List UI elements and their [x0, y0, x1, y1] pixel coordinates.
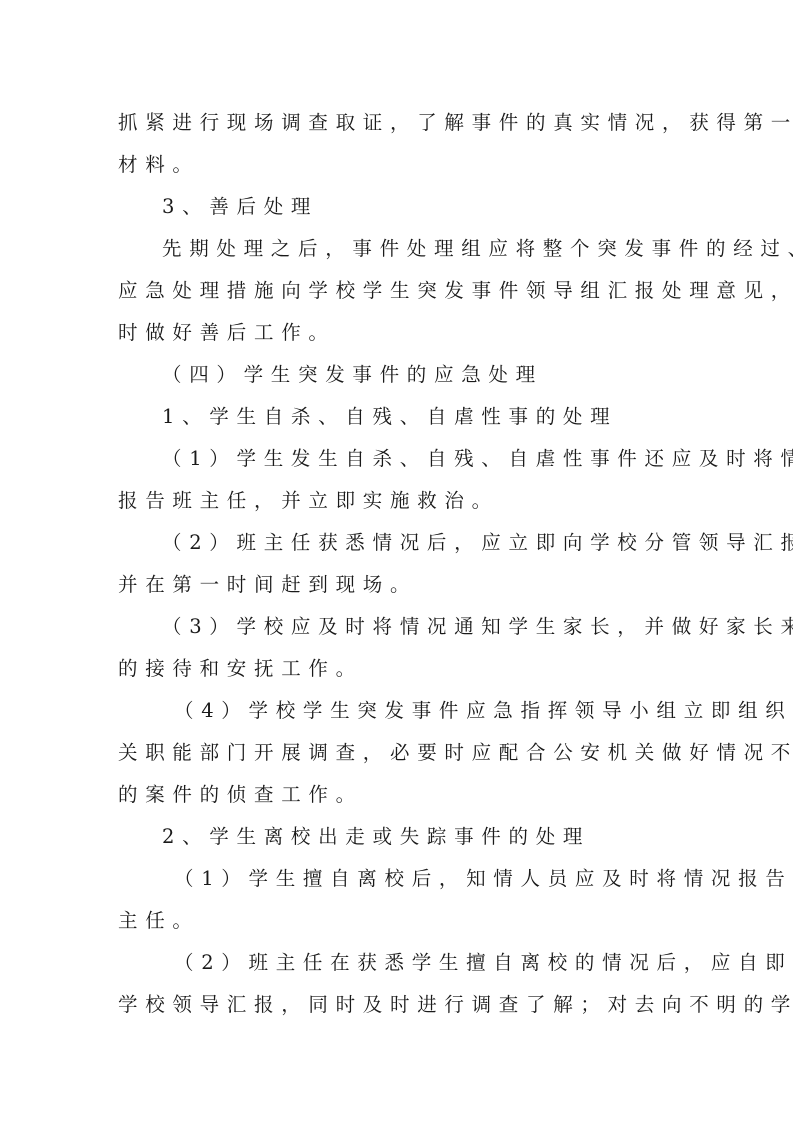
paragraph-line: （4）学校学生突发事件应急指挥领导小组立即组织有 [118, 690, 678, 732]
paragraph-line: （2）班主任获悉情况后，应立即向学校分管领导汇报， [118, 522, 678, 564]
paragraph-line: （1）学生发生自杀、自残、自虐性事件还应及时将情况 [118, 438, 678, 480]
document-page: 抓紧进行现场调查取证，了解事件的真实情况，获得第一手 材料。 3、善后处理 先期… [118, 102, 678, 1026]
subsection-heading: 2、学生离校出走或失踪事件的处理 [118, 816, 678, 858]
paragraph-line: 应急处理措施向学校学生突发事件领导组汇报处理意见，及 [118, 270, 678, 312]
paragraph-line: 的案件的侦查工作。 [118, 774, 678, 816]
paragraph-line: 关职能部门开展调查，必要时应配合公安机关做好情况不明 [118, 732, 678, 774]
paragraph-line: 并在第一时间赶到现场。 [118, 564, 678, 606]
paragraph-line: 材料。 [118, 144, 678, 186]
paragraph-line: 学校领导汇报，同时及时进行调查了解；对去向不明的学生 [118, 984, 678, 1026]
paragraph-line: （2）班主任在获悉学生擅自离校的情况后，应自即向 [118, 942, 678, 984]
section-heading: （四）学生突发事件的应急处理 [118, 354, 678, 396]
paragraph-line: （1）学生擅自离校后，知情人员应及时将情况报告班 [118, 858, 678, 900]
section-heading: 3、善后处理 [118, 186, 678, 228]
paragraph-line: 时做好善后工作。 [118, 312, 678, 354]
paragraph-line: 先期处理之后，事件处理组应将整个突发事件的经过、 [118, 228, 678, 270]
paragraph-line: 抓紧进行现场调查取证，了解事件的真实情况，获得第一手 [118, 102, 678, 144]
subsection-heading: 1、学生自杀、自残、自虐性事的处理 [118, 396, 678, 438]
paragraph-line: 的接待和安抚工作。 [118, 648, 678, 690]
paragraph-line: （3）学校应及时将情况通知学生家长，并做好家长来校 [118, 606, 678, 648]
paragraph-line: 报告班主任，并立即实施救治。 [118, 480, 678, 522]
paragraph-line: 主任。 [118, 900, 678, 942]
